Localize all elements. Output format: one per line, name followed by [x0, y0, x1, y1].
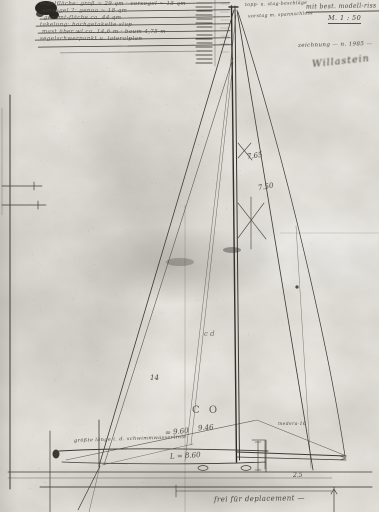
boom-bottom-line [237, 457, 346, 460]
dimension-label: L ≈ 8.60 [170, 451, 201, 461]
porthole-1 [198, 466, 208, 471]
spec-table-row: vorsegel 2: genua ~ 18 qm [42, 8, 127, 14]
mast-letter-marks: c d [204, 330, 215, 338]
bow-under-line-1 [78, 466, 100, 510]
halyard-line [185, 15, 236, 461]
scanned-sailplan-page: segelfläche: groß ~ 29 qm · vorsegel ~ 1… [0, 0, 379, 512]
boom-top-line [237, 452, 346, 456]
sailplan-drawing [0, 0, 379, 512]
spec-table-row: segelschwerpunkt u. lateralplan — [40, 36, 150, 42]
hull-bottom-line [62, 462, 266, 464]
dimension-label: 9.46 [198, 423, 214, 432]
jib-leech-line [191, 62, 233, 445]
spec-table-row: segelfläche: groß ~ 29 qm · vorsegel ~ 1… [40, 1, 186, 7]
title-line: mit best. modell-riss — [306, 2, 379, 12]
left-dim-tick-1 [2, 182, 42, 190]
bow-under-line-2 [89, 466, 100, 512]
scale-label: M. 1 : 50 [328, 14, 361, 24]
spec-table-row: mast über wl ca. 14,6 m · baum 4,75 m [42, 29, 166, 35]
cabin-outline [252, 440, 265, 469]
dimension-label: 2.5 [293, 472, 303, 479]
boom-end-arrow [340, 456, 346, 460]
left-dim-tick-2 [2, 201, 46, 209]
circle-marks: C O [192, 405, 220, 416]
spec-table-row: gesamt-fläche ca. 44 qm [44, 15, 121, 21]
mast-material-label: medera-16 [278, 422, 306, 427]
spec-table-row: takelung: hochgetakelte slup [40, 22, 132, 28]
porthole-2 [241, 466, 251, 471]
main-leech-line [238, 12, 345, 456]
topping-lift-line [296, 226, 311, 468]
dimension-label: 14 [150, 374, 159, 382]
transom-dim-line [255, 441, 261, 471]
bottom-caption: frei für deplacement — [214, 494, 305, 504]
